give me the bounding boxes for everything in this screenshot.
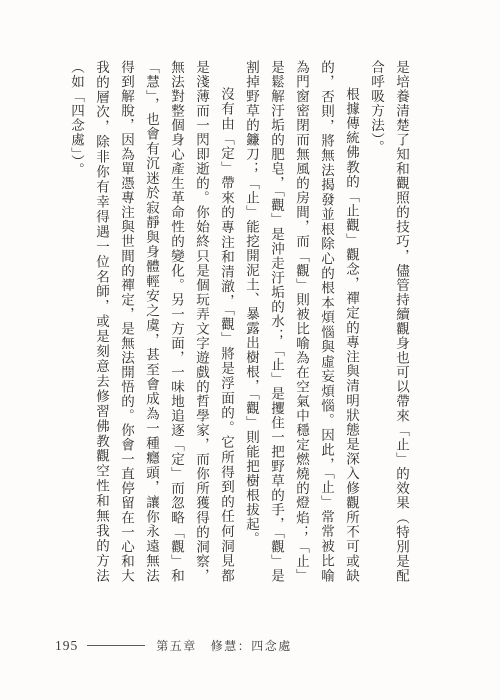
vertical-text-block: 是培養清楚了知和觀照的技巧，儘管持續觀身也可以帶來「止」的效果（特別是配合呼吸方… [64, 60, 414, 583]
paragraph-3: 沒有由「定」帶來的專注和清澈，「觀」將是浮面的。它所得到的任何洞見都是淺薄而一閃… [64, 60, 239, 583]
book-page: 是培養清楚了知和觀照的技巧，儘管持續觀身也可以帶來「止」的效果（特別是配合呼吸方… [0, 0, 500, 700]
footer-rule-line [87, 645, 145, 646]
section-title: 修慧：四念處 [211, 637, 292, 654]
paragraph-2: 根據傳統佛教的「止觀」觀念，禪定的專注與清明狀態是深入修觀所不可或缺的，否則，將… [239, 60, 364, 583]
paragraph-1: 是培養清楚了知和觀照的技巧，儘管持續觀身也可以帶來「止」的效果（特別是配合呼吸方… [364, 60, 414, 583]
page-footer: 195 第五章 修慧：四念處 [55, 637, 292, 654]
page-number: 195 [55, 638, 78, 654]
chapter-label: 第五章 [156, 637, 197, 654]
